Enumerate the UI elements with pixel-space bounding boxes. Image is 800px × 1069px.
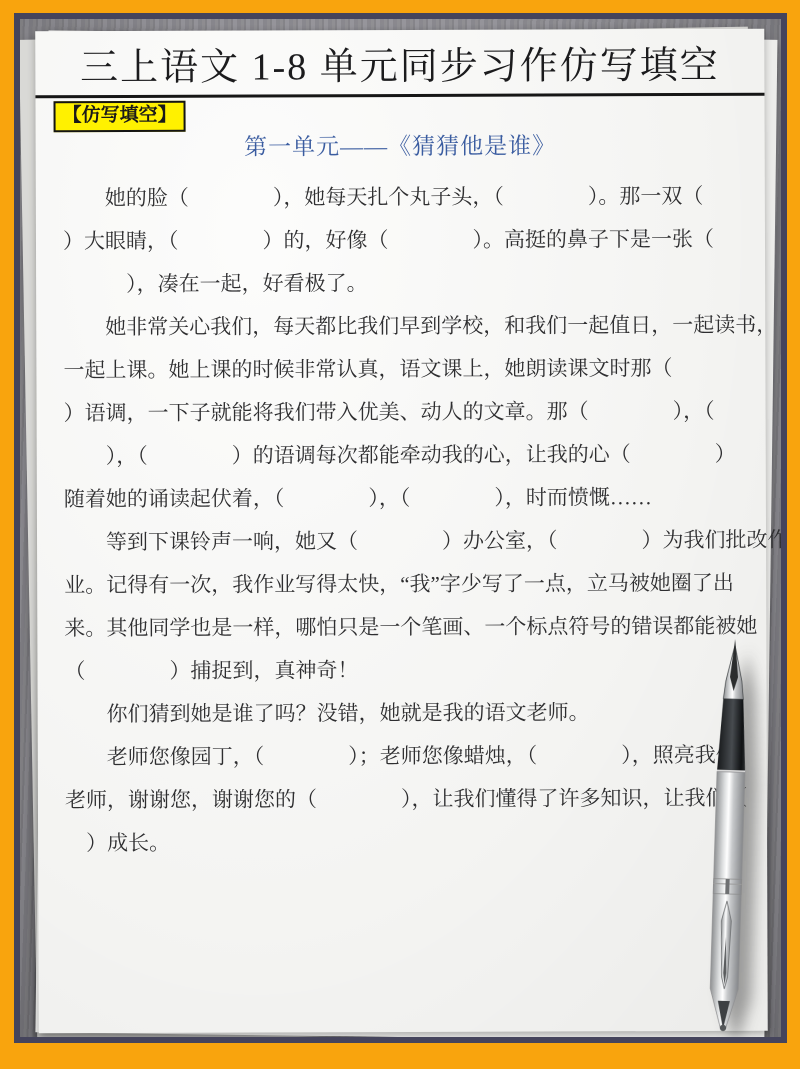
screenshot-root: 三上语文 1-8 单元同步习作仿写填空 【仿写填空】 第一单元——《猜猜他是谁》… xyxy=(0,0,800,1069)
unit-heading: 第一单元——《猜猜他是谁》 xyxy=(36,131,765,164)
title-underline xyxy=(35,93,764,99)
body-line: （ ）捕捉到，真神奇！ xyxy=(64,648,758,693)
body-line: 老师您像园丁，（ ）；老师您像蜡烛，（ ），照亮我们 xyxy=(65,734,759,779)
body-line: 她非常关心我们，每天都比我们早到学校，和我们一起值日，一起读书， xyxy=(63,304,757,349)
body-line: 你们猜到她是谁了吗？没错，她就是我的语文老师。 xyxy=(65,691,759,736)
body-line: ）大眼睛，（ ）的，好像（ ）。高挺的鼻子下是一张（ xyxy=(63,218,757,263)
body-line: 老师，谢谢您，谢谢您的（ ），让我们懂得了许多知识，让我们（ xyxy=(65,777,759,822)
fill-in-blank-tag: 【仿写填空】 xyxy=(53,101,185,132)
body-line: ），凑在一起，好看极了。 xyxy=(63,261,757,306)
body-line: ），（ ）的语调每次都能牵动我的心，让我的心（ ） xyxy=(64,433,758,478)
outer-frame: 三上语文 1-8 单元同步习作仿写填空 【仿写填空】 第一单元——《猜猜他是谁》… xyxy=(14,13,787,1043)
body-line: 业。记得有一次，我作业写得太快，“我”字少写了一点，立马被她圈了出 xyxy=(64,562,758,607)
body-line: ）成长。 xyxy=(65,820,759,865)
body-line: 一起上课。她上课的时候非常认真，语文课上，她朗读课文时那（ xyxy=(63,347,757,392)
body-line: 等到下课铃声一响，她又（ ）办公室，（ ）为我们批改作 xyxy=(64,519,758,564)
board-background: 三上语文 1-8 单元同步习作仿写填空 【仿写填空】 第一单元——《猜猜他是谁》… xyxy=(20,19,781,1037)
worksheet-title: 三上语文 1-8 单元同步习作仿写填空 xyxy=(35,41,764,94)
body-line: 随着她的诵读起伏着，（ ），（ ），时而愤慨…… xyxy=(64,476,758,521)
body-line: 来。其他同学也是一样，哪怕只是一个笔画、一个标点符号的错误都能被她 xyxy=(64,605,758,650)
worksheet-page: 三上语文 1-8 单元同步习作仿写填空 【仿写填空】 第一单元——《猜猜他是谁》… xyxy=(35,29,767,1034)
body-line: ）语调，一下子就能将我们带入优美、动人的文章。那（ ），（ xyxy=(64,390,758,435)
worksheet-body: 她的脸（ ），她每天扎个丸子头，（ ）。那一双（ ）大眼睛，（ ）的，好像（ ）… xyxy=(63,175,759,865)
body-line: 她的脸（ ），她每天扎个丸子头，（ ）。那一双（ xyxy=(63,175,757,220)
